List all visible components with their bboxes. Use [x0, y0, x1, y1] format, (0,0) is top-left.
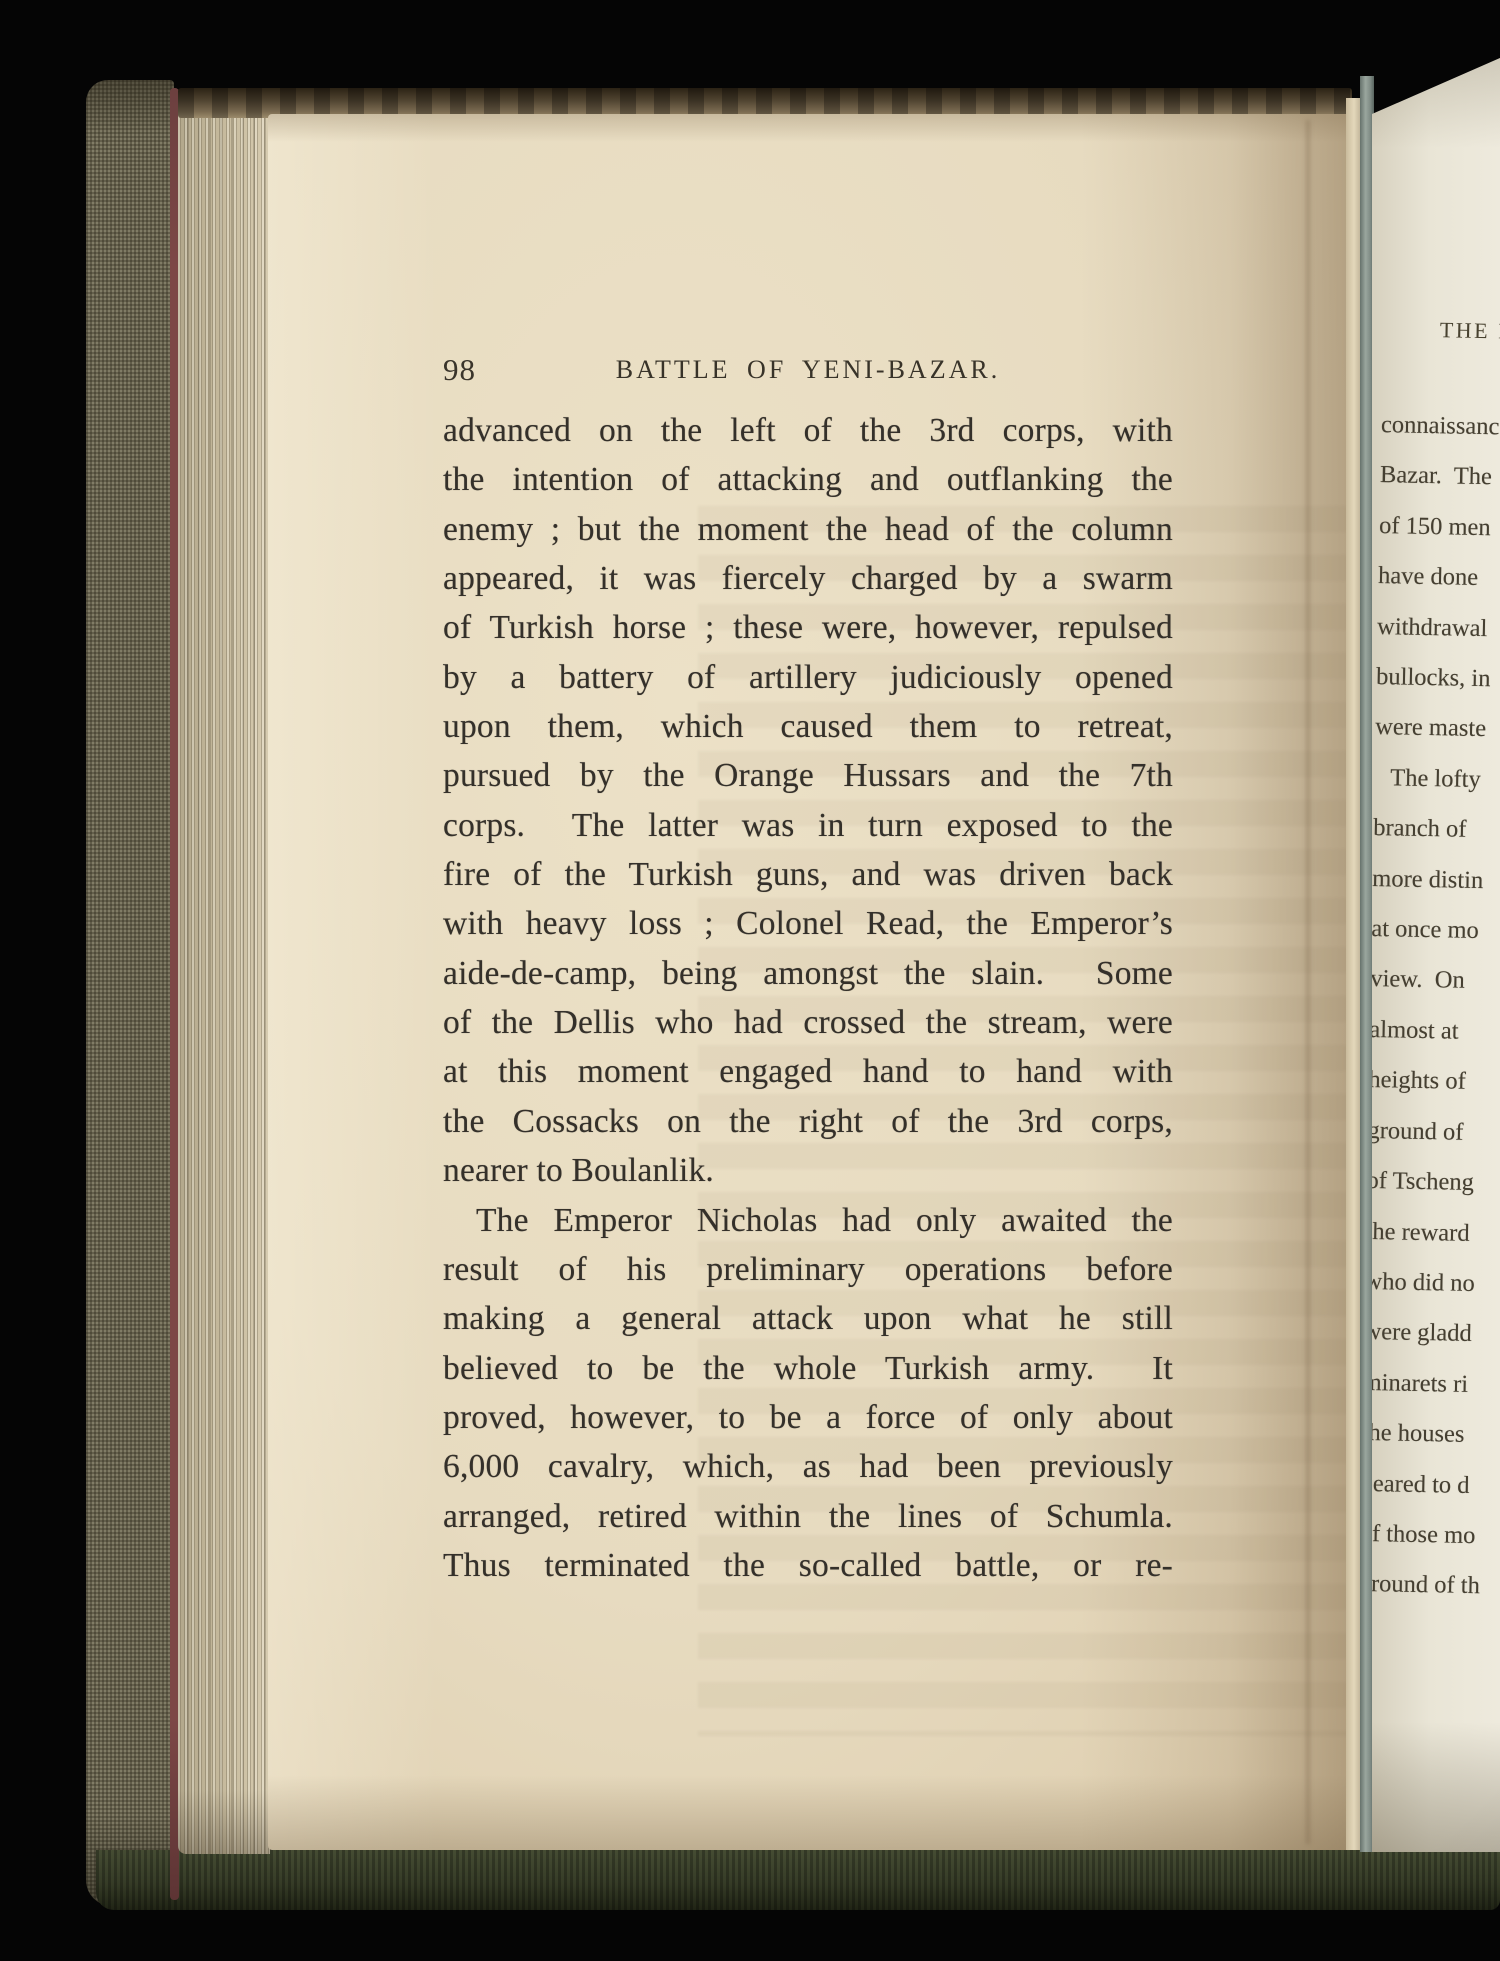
text-line-fragment: were gladd	[1372, 1307, 1500, 1363]
text-line: arranged, retired within the lines of Sc…	[443, 1492, 1173, 1541]
text-line-fragment: at once mo	[1372, 904, 1500, 960]
text-line: enemy ; but the moment the head of the c…	[443, 505, 1173, 554]
text-line-paragraph-end: nearer to Boulanlik.	[443, 1146, 1173, 1195]
book-cover-left-edge	[86, 80, 174, 1906]
right-page-partial: THE I connaissanc Bazar. The of 150 men …	[1372, 58, 1500, 1852]
text-line-fragment: of those mo	[1372, 1509, 1500, 1565]
text-line-fragment: Bazar. The	[1380, 450, 1500, 506]
text-line-fragment: withdrawal	[1377, 602, 1500, 658]
text-line: believed to be the whole Turkish army. I…	[443, 1344, 1173, 1393]
text-line: making a general attack upon what he sti…	[443, 1294, 1173, 1343]
text-line: Thus terminated the so-called battle, or…	[443, 1541, 1173, 1590]
text-line-fragment: of Tscheng	[1372, 1156, 1500, 1212]
text-line-fragment: branch of	[1373, 803, 1500, 859]
text-line-fragment: more distin	[1372, 854, 1500, 910]
text-line: of Turkish horse ; these were, however, …	[443, 603, 1173, 652]
text-line: aide-de-camp, being amongst the slain. S…	[443, 949, 1173, 998]
text-line: proved, however, to be a force of only a…	[443, 1393, 1173, 1442]
text-line-fragment: were maste	[1375, 702, 1500, 758]
gutter-crease	[1306, 120, 1310, 1844]
text-line-fragment: bullocks, in	[1376, 652, 1500, 708]
text-line: with heavy loss ; Colonel Read, the Empe…	[443, 899, 1173, 948]
text-line: of the Dellis who had crossed the stream…	[443, 998, 1173, 1047]
text-line: 6,000 cavalry, which, as had been previo…	[443, 1442, 1173, 1491]
right-page-content: THE I connaissanc Bazar. The of 150 men …	[1372, 58, 1500, 1852]
text-line: pursued by the Orange Hussars and the 7t…	[443, 751, 1173, 800]
text-line-fragment: view. On	[1372, 954, 1500, 1010]
left-page: 98 BATTLE OF YENI-BAZAR. advanced on the…	[268, 114, 1350, 1850]
text-line-fragment: ground of th	[1372, 1559, 1500, 1615]
text-line: appeared, it was fiercely charged by a s…	[443, 554, 1173, 603]
text-line-paragraph-start: The lofty	[1374, 753, 1500, 809]
text-line: by a battery of artillery judiciously op…	[443, 653, 1173, 702]
text-line: corps. The latter was in turn exposed to…	[443, 801, 1173, 850]
running-head: BATTLE OF YENI-BAZAR.	[443, 355, 1173, 385]
stacked-page-edges	[178, 90, 270, 1854]
right-page-body: connaissanc Bazar. The of 150 men have d…	[1372, 400, 1500, 1615]
text-line-fragment: connaissanc	[1381, 400, 1500, 456]
book-photograph: 98 BATTLE OF YENI-BAZAR. advanced on the…	[0, 0, 1500, 1961]
text-line-fragment: peared to d	[1372, 1458, 1500, 1514]
text-line: result of his preliminary operations bef…	[443, 1245, 1173, 1294]
text-line-fragment: who did no	[1372, 1257, 1500, 1313]
right-leaf-shadow-strip	[1360, 76, 1374, 1852]
text-line: at this moment engaged hand to hand with	[443, 1047, 1173, 1096]
text-line-fragment: ground of	[1372, 1106, 1500, 1162]
text-line-fragment: heights of	[1372, 1055, 1500, 1111]
text-line: fire of the Turkish guns, and was driven…	[443, 850, 1173, 899]
text-line: advanced on the left of the 3rd corps, w…	[443, 406, 1173, 455]
left-page-body: advanced on the left of the 3rd corps, w…	[443, 406, 1173, 1590]
text-line-paragraph-start: The Emperor Nicholas had only awaited th…	[443, 1196, 1173, 1245]
text-line: upon them, which caused them to retreat,	[443, 702, 1173, 751]
book-cover-bottom-edge	[96, 1850, 1500, 1910]
text-line-fragment: minarets ri	[1372, 1358, 1500, 1414]
text-line: the intention of attacking and outflanki…	[443, 455, 1173, 504]
text-line-fragment: have done	[1378, 551, 1500, 607]
running-head-fragment: THE I	[1440, 317, 1500, 344]
text-line-fragment: of 150 men	[1379, 501, 1500, 557]
text-line: the Cossacks on the right of the 3rd cor…	[443, 1097, 1173, 1146]
text-line-fragment: the houses	[1372, 1408, 1500, 1464]
text-line-fragment: almost at	[1372, 1005, 1500, 1061]
text-line-fragment: the reward	[1372, 1206, 1500, 1262]
